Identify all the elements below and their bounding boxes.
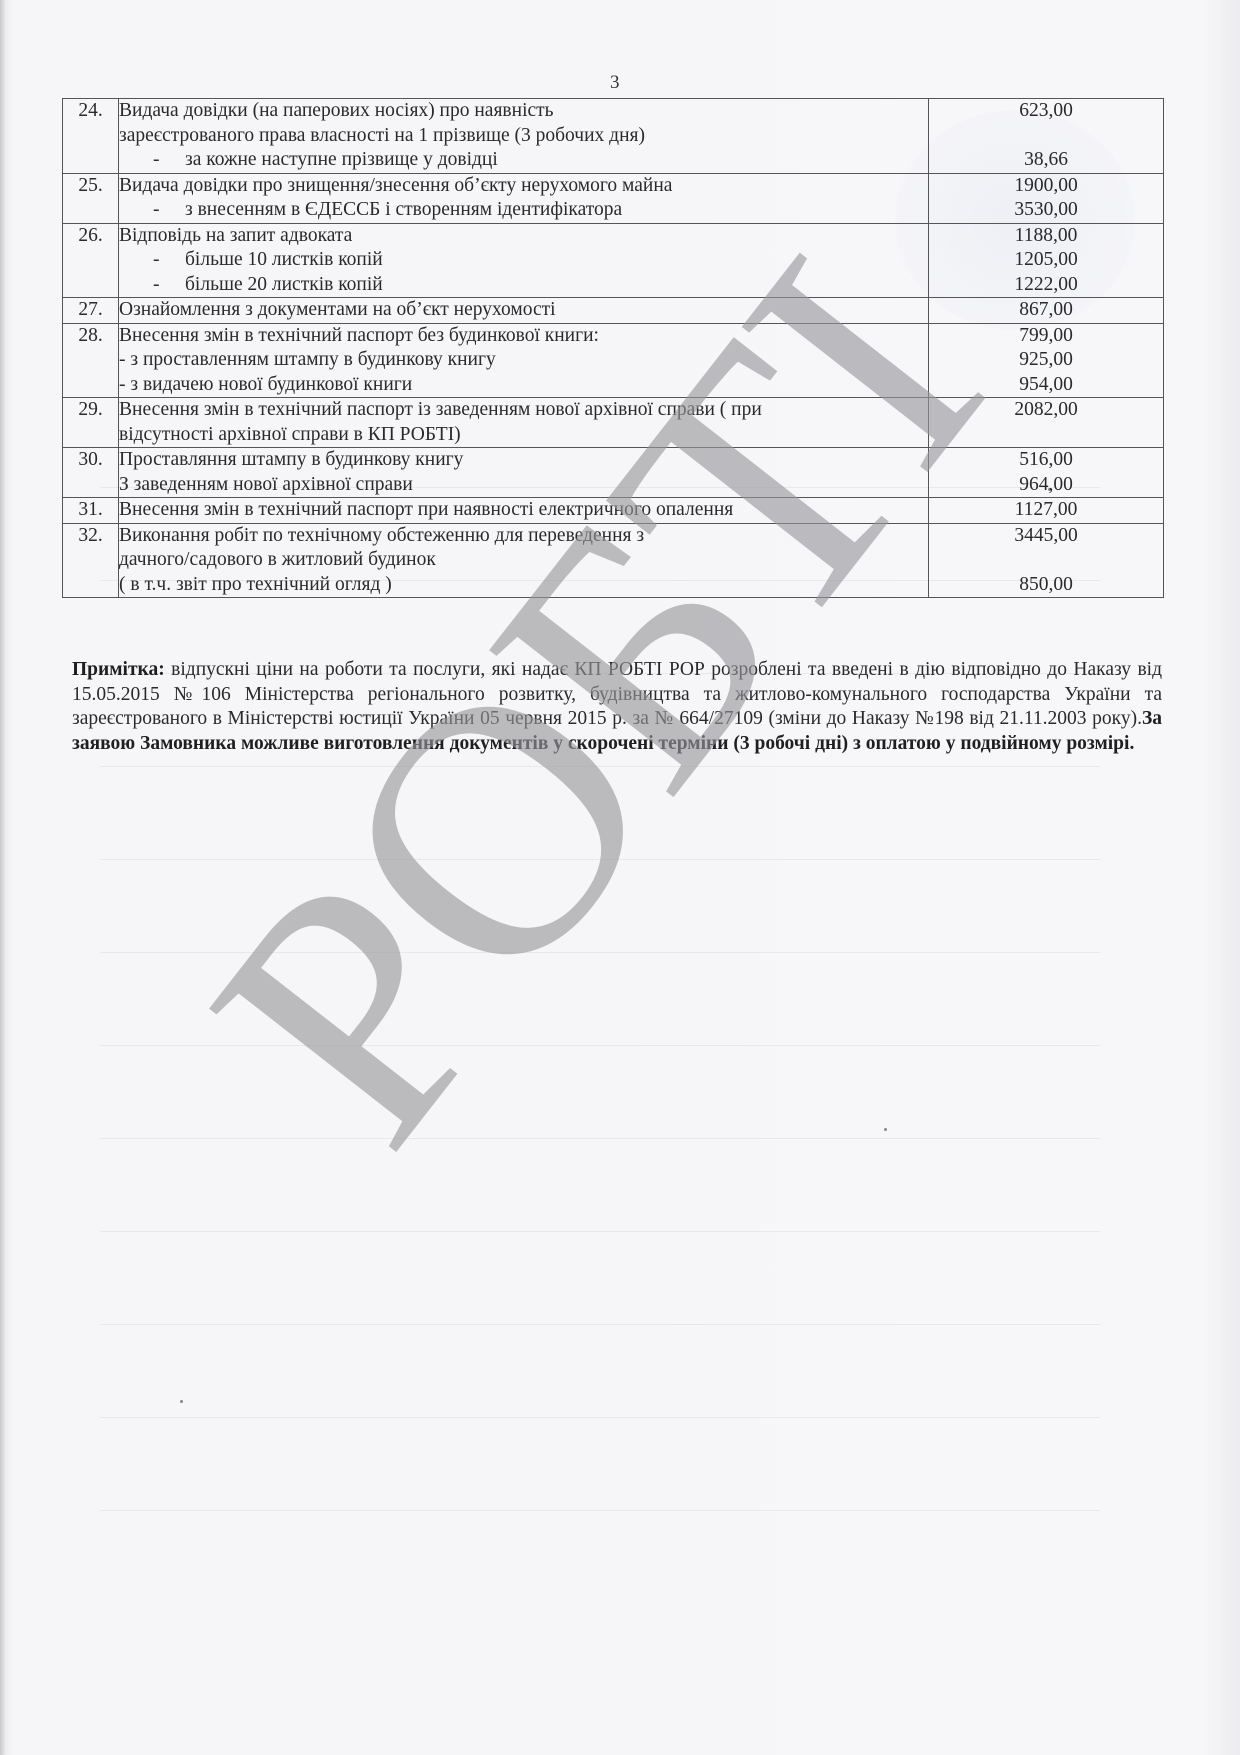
description-line: Ознайомлення з документами на об’єкт нер… <box>119 298 928 323</box>
price-value: 1205,00 <box>929 248 1163 273</box>
service-description: Внесення змін в технічний паспорт без бу… <box>119 323 929 398</box>
description-line: зареєстрованого права власності на 1 прі… <box>119 124 928 149</box>
sub-item-line: -більше 20 листків копій <box>119 273 928 298</box>
description-line: Внесення змін в технічний паспорт із зав… <box>119 398 928 423</box>
row-number: 31. <box>63 498 119 524</box>
price-cell: 799,00925,00954,00 <box>929 323 1164 398</box>
price-cell: 1900,003530,00 <box>929 173 1164 223</box>
row-number: 26. <box>63 223 119 298</box>
price-value: 799,00 <box>929 324 1163 349</box>
row-number: 27. <box>63 298 119 324</box>
row-number: 30. <box>63 448 119 498</box>
table-row: 29.Внесення змін в технічний паспорт із … <box>63 398 1164 448</box>
price-value: 925,00 <box>929 348 1163 373</box>
price-cell: 1127,00 <box>929 498 1164 524</box>
price-value: 38,66 <box>929 148 1163 173</box>
price-value: 516,00 <box>929 448 1163 473</box>
price-cell: 2082,00 <box>929 398 1164 448</box>
note-label: Примітка: <box>72 659 165 680</box>
dash-bullet: - <box>153 148 185 173</box>
description-line: Відповідь на запит адвоката <box>119 224 928 249</box>
price-cell: 516,00964,00 <box>929 448 1164 498</box>
description-line: дачного/садового в житловий будинок <box>119 548 928 573</box>
price-value: 964,00 <box>929 473 1163 498</box>
description-line: відсутності архівної справи в КП РОБТІ) <box>119 423 928 448</box>
service-description: Видача довідки про знищення/знесення об’… <box>119 173 929 223</box>
service-description: Відповідь на запит адвоката-більше 10 ли… <box>119 223 929 298</box>
note-paragraph: Примітка: відпускні ціни на роботи та по… <box>72 658 1162 756</box>
price-table: 24.Видача довідки (на паперових носіях) … <box>62 98 1164 598</box>
description-line: Видача довідки про знищення/знесення об’… <box>119 174 928 199</box>
price-value <box>929 124 1163 149</box>
description-line: Виконання робіт по технічному обстеженню… <box>119 524 928 549</box>
scanned-page: 3 24.Видача довідки (на паперових носіях… <box>0 0 1240 1755</box>
table-row: 28.Внесення змін в технічний паспорт без… <box>63 323 1164 398</box>
price-cell: 623,0038,66 <box>929 99 1164 174</box>
price-value: 954,00 <box>929 373 1163 398</box>
description-line: З заведенням нової архівної справи <box>119 473 928 498</box>
price-value: 3445,00 <box>929 524 1163 549</box>
description-line: - з проставленням штампу в будинкову кни… <box>119 348 928 373</box>
service-description: Виконання робіт по технічному обстеженню… <box>119 523 929 598</box>
price-value: 3530,00 <box>929 198 1163 223</box>
price-cell: 3445,00850,00 <box>929 523 1164 598</box>
price-value: 1188,00 <box>929 224 1163 249</box>
sub-item-line: -з внесенням в ЄДЕССБ і створенням ідент… <box>119 198 928 223</box>
table-row: 32.Виконання робіт по технічному обстеже… <box>63 523 1164 598</box>
dash-bullet: - <box>153 248 185 273</box>
row-number: 28. <box>63 323 119 398</box>
price-value: 867,00 <box>929 298 1163 323</box>
sub-item-text: більше 20 листків копій <box>185 274 383 295</box>
dash-bullet: - <box>153 273 185 298</box>
table-row: 30.Проставляння штампу в будинкову книгу… <box>63 448 1164 498</box>
sub-item-line: -більше 10 листків копій <box>119 248 928 273</box>
price-value: 1127,00 <box>929 498 1163 523</box>
price-value: 623,00 <box>929 99 1163 124</box>
service-description: Проставляння штампу в будинкову книгуЗ з… <box>119 448 929 498</box>
price-value: 1222,00 <box>929 273 1163 298</box>
sub-item-line: -за кожне наступне прізвище у довідці <box>119 148 928 173</box>
service-description: Внесення змін в технічний паспорт із зав… <box>119 398 929 448</box>
row-number: 32. <box>63 523 119 598</box>
row-number: 24. <box>63 99 119 174</box>
page-number: 3 <box>610 72 620 94</box>
sub-item-text: за кожне наступне прізвище у довідці <box>185 149 498 170</box>
price-value <box>929 548 1163 573</box>
description-line: Внесення змін в технічний паспорт без бу… <box>119 324 928 349</box>
price-cell: 1188,001205,001222,00 <box>929 223 1164 298</box>
description-line: - з видачею нової будинкової книги <box>119 373 928 398</box>
table-row: 31.Внесення змін в технічний паспорт при… <box>63 498 1164 524</box>
sub-item-text: з внесенням в ЄДЕССБ і створенням іденти… <box>185 199 622 220</box>
price-cell: 867,00 <box>929 298 1164 324</box>
row-number: 25. <box>63 173 119 223</box>
scan-edge-shadow <box>0 0 6 1755</box>
price-value: 850,00 <box>929 573 1163 598</box>
description-line: Видача довідки (на паперових носіях) про… <box>119 99 928 124</box>
table-row: 24.Видача довідки (на паперових носіях) … <box>63 99 1164 174</box>
service-description: Видача довідки (на паперових носіях) про… <box>119 99 929 174</box>
sub-item-text: більше 10 листків копій <box>185 249 383 270</box>
description-line: Внесення змін в технічний паспорт при на… <box>119 498 928 523</box>
table-row: 27.Ознайомлення з документами на об’єкт … <box>63 298 1164 324</box>
table-row: 26.Відповідь на запит адвоката-більше 10… <box>63 223 1164 298</box>
price-value: 1900,00 <box>929 174 1163 199</box>
row-number: 29. <box>63 398 119 448</box>
dash-bullet: - <box>153 198 185 223</box>
service-description: Внесення змін в технічний паспорт при на… <box>119 498 929 524</box>
description-line: Проставляння штампу в будинкову книгу <box>119 448 928 473</box>
table-row: 25.Видача довідки про знищення/знесення … <box>63 173 1164 223</box>
description-line: ( в т.ч. звіт про технічний огляд ) <box>119 573 928 598</box>
note-text: відпускні ціни на роботи та послуги, які… <box>72 659 1162 729</box>
service-description: Ознайомлення з документами на об’єкт нер… <box>119 298 929 324</box>
price-value: 2082,00 <box>929 398 1163 423</box>
